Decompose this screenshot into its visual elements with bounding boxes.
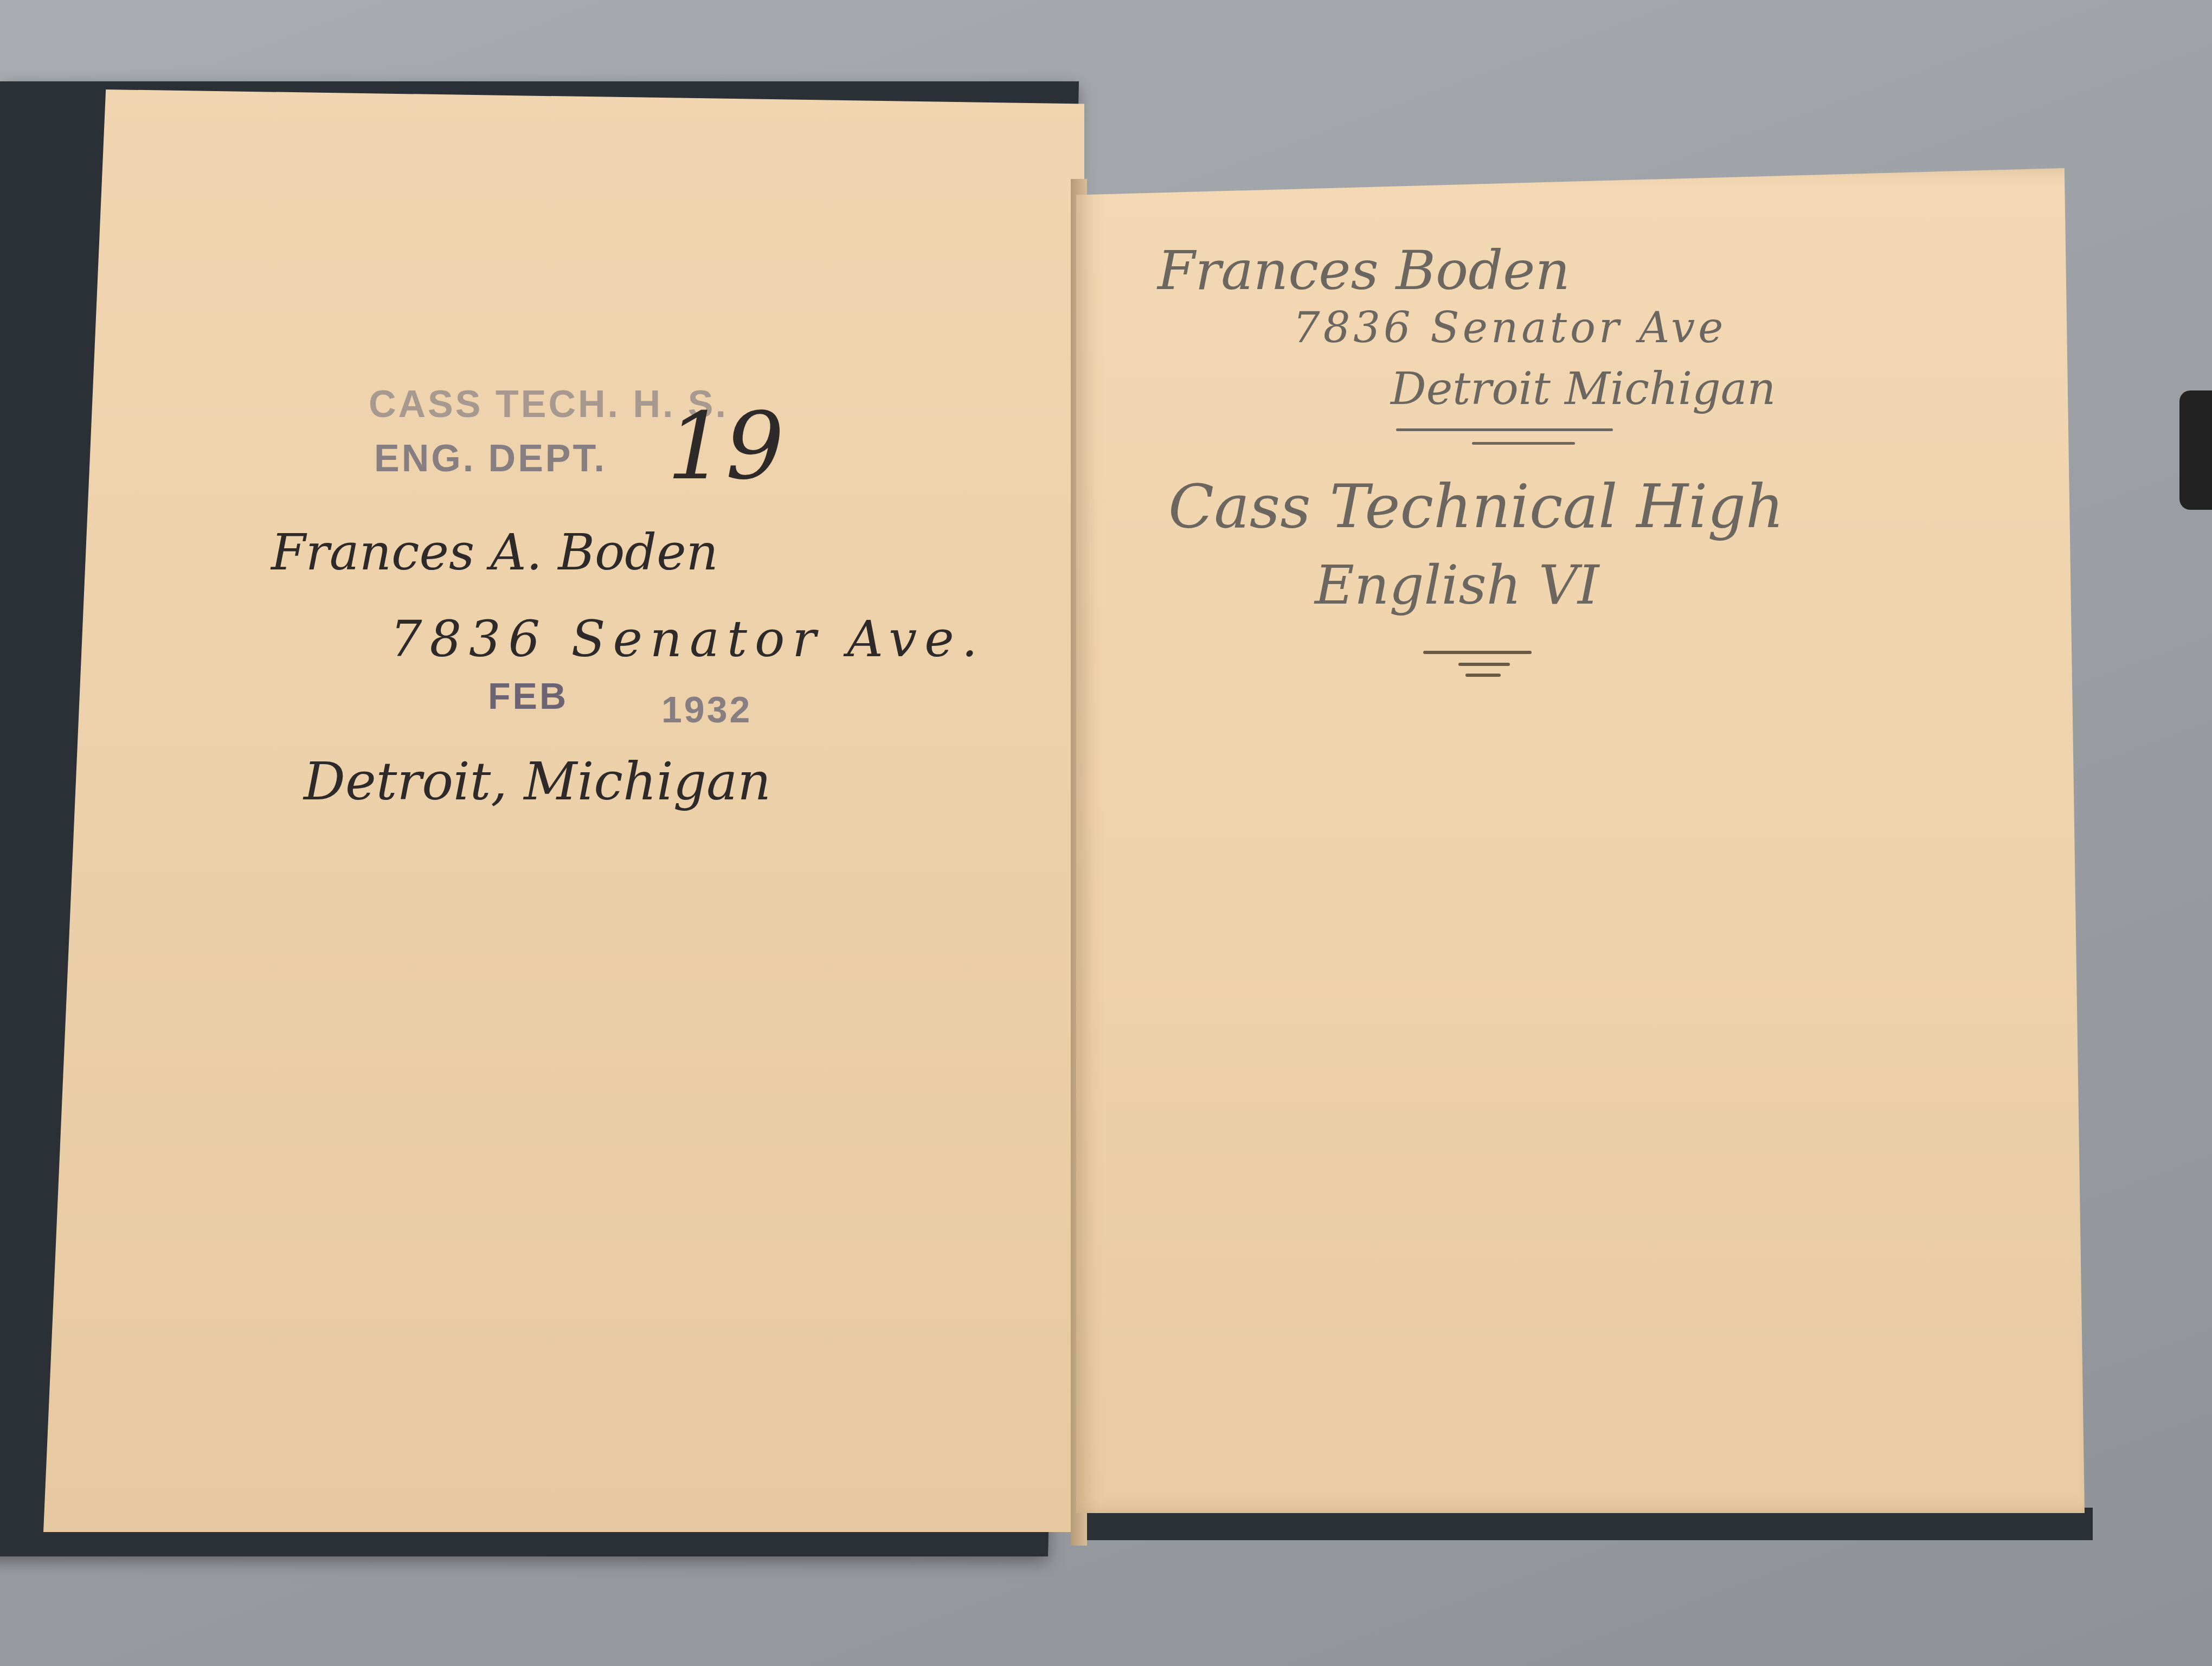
owner-city: Detroit, Michigan <box>304 751 771 812</box>
ornament-line-2 <box>1458 663 1510 666</box>
pencil-underline-2 <box>1472 442 1575 445</box>
ornament-line-3 <box>1465 674 1501 677</box>
front-endpaper: CASS TECH. H. S. ENG. DEPT. 19 Frances A… <box>43 89 1084 1532</box>
pencil-owner-name: Frances Boden <box>1158 239 1570 302</box>
owner-street: 7836 Senator Ave. <box>390 610 985 668</box>
stamp-handwritten-number: 19 <box>667 393 784 501</box>
date-stamp-month: FEB <box>488 675 568 717</box>
pencil-owner-street: 7836 Senator Ave <box>1293 304 1726 353</box>
pencil-school-name: Cass Technical High <box>1168 472 1784 541</box>
pencil-owner-city: Detroit Michigan <box>1391 363 1776 415</box>
date-stamp-year: 1932 <box>661 689 752 731</box>
flyleaf-page: Frances Boden 7836 Senator Ave Detroit M… <box>1076 168 2085 1513</box>
dark-object-edge <box>2179 390 2212 510</box>
pencil-course-name: English VI <box>1315 553 1599 617</box>
school-stamp-line2: ENG. DEPT. <box>374 437 607 480</box>
pencil-underline-1 <box>1396 428 1613 431</box>
ornament-line-1 <box>1423 651 1532 654</box>
owner-name: Frances A. Boden <box>271 523 718 581</box>
